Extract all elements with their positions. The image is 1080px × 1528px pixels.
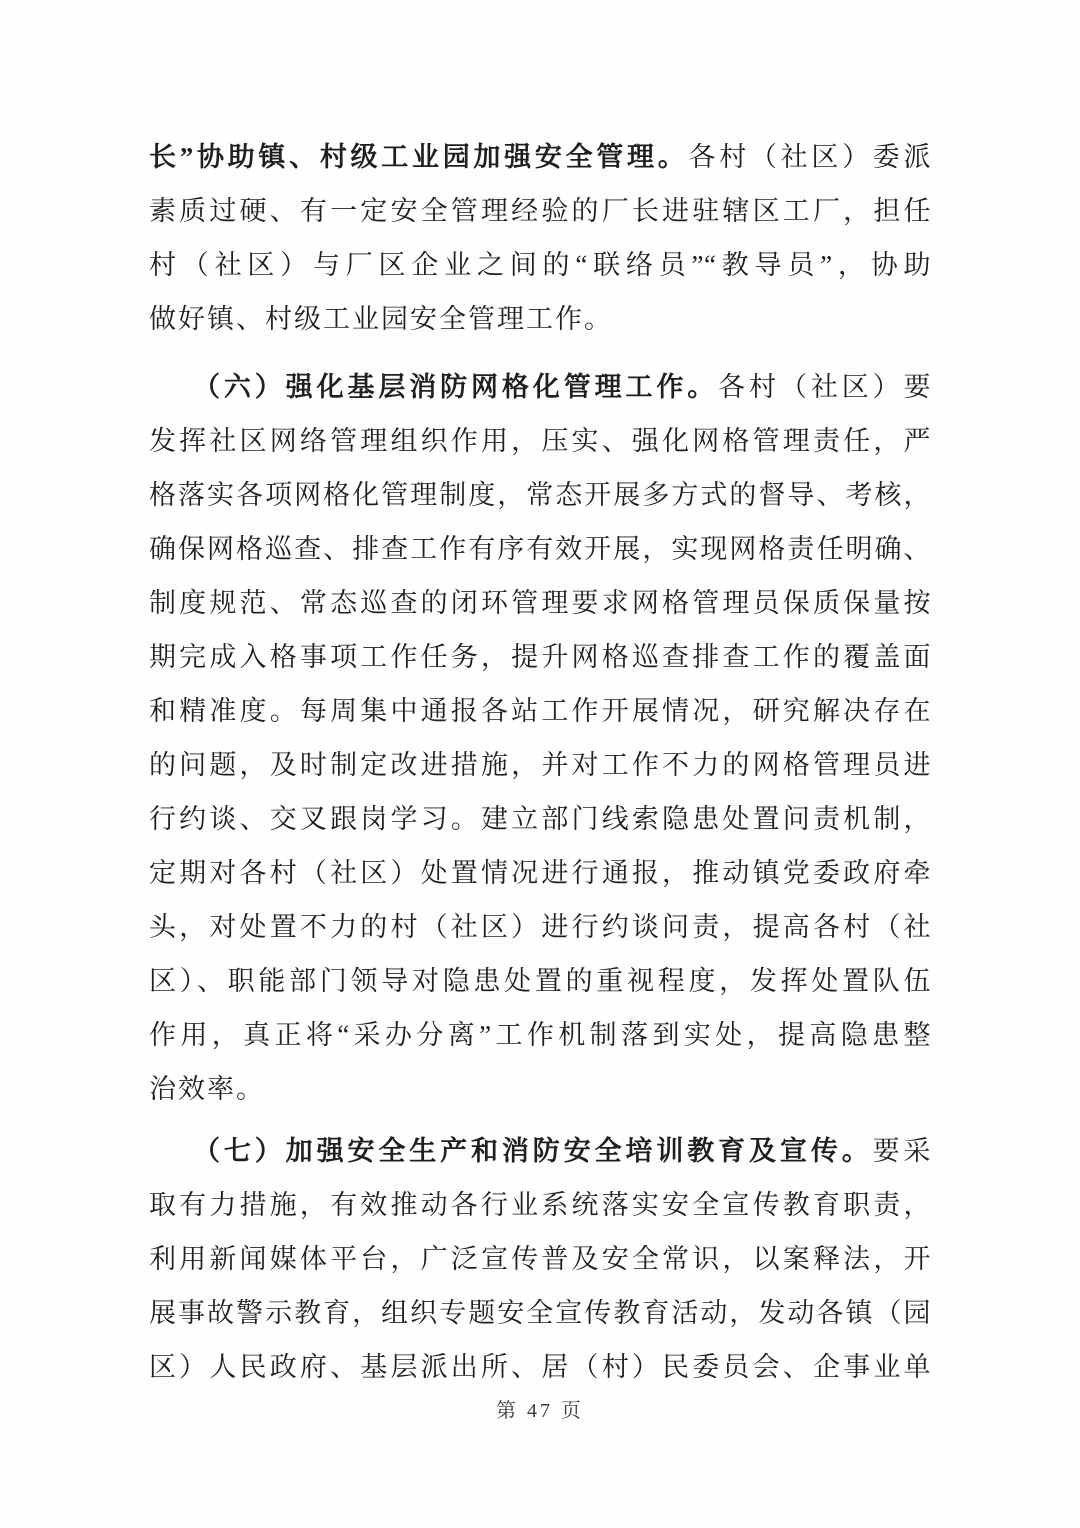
document-body: 长”协助镇、村级工业园加强安全管理。各村（社区）委派 素质过硬、有一定安全管理经… (149, 130, 931, 1394)
paragraph-section-7: （七）加强安全生产和消防安全培训教育及宣传。要采 取有力措施，有效推动各行业系统… (149, 1124, 931, 1394)
text-line: 展事故警示教育，组织专题安全宣传教育活动，发动各镇（园 (149, 1286, 931, 1340)
text-line: 做好镇、村级工业园安全管理工作。 (149, 292, 931, 346)
bold-heading-tail: 长”协助镇、村级工业园加强安全管理。 (149, 142, 688, 172)
text-line: 区）、职能部门领导对隐患处置的重视程度，发挥处置队伍 (149, 954, 931, 1008)
text-line: 村（社区）与厂区企业之间的“联络员”“教导员”，协助 (149, 238, 931, 292)
line-text: 要采 (873, 1136, 931, 1166)
text-line: 制度规范、常态巡查的闭环管理要求网格管理员保质保量按 (149, 576, 931, 630)
text-line: 取有力措施，有效推动各行业系统落实安全宣传教育职责， (149, 1178, 931, 1232)
text-line: 和精准度。每周集中通报各站工作开展情况，研究解决存在 (149, 684, 931, 738)
text-line: 长”协助镇、村级工业园加强安全管理。各村（社区）委派 (149, 130, 931, 184)
text-line: 定期对各村（社区）处置情况进行通报，推动镇党委政府牵 (149, 846, 931, 900)
text-line: （六）强化基层消防网格化管理工作。各村（社区）要 (149, 360, 931, 414)
text-line: 治效率。 (149, 1062, 931, 1116)
text-line: 期完成入格事项工作任务，提升网格巡查排查工作的覆盖面 (149, 630, 931, 684)
text-line: 的问题，及时制定改进措施，并对工作不力的网格管理员进 (149, 738, 931, 792)
line-text: 各村（社区）要 (718, 372, 931, 402)
text-line: 确保网格巡查、排查工作有序有效开展，实现网格责任明确、 (149, 522, 931, 576)
line-text: 各村（社区）委派 (688, 142, 931, 172)
text-line: 格落实各项网格化管理制度，常态开展多方式的督导、考核， (149, 468, 931, 522)
text-line: 区）人民政府、基层派出所、居（村）民委员会、企事业单 (149, 1340, 931, 1394)
section-6-heading: （六）强化基层消防网格化管理工作。 (193, 372, 718, 402)
paragraph-continuation: 长”协助镇、村级工业园加强安全管理。各村（社区）委派 素质过硬、有一定安全管理经… (149, 130, 931, 346)
text-line: 头，对处置不力的村（社区）进行约谈问责，提高各村（社 (149, 900, 931, 954)
text-line: 素质过硬、有一定安全管理经验的厂长进驻辖区工厂，担任 (149, 184, 931, 238)
page-number: 第 47 页 (0, 1396, 1080, 1426)
text-line: 作用，真正将“采办分离”工作机制落到实处，提高隐患整 (149, 1008, 931, 1062)
text-line: （七）加强安全生产和消防安全培训教育及宣传。要采 (149, 1124, 931, 1178)
text-line: 行约谈、交叉跟岗学习。建立部门线索隐患处置问责机制， (149, 792, 931, 846)
section-7-heading: （七）加强安全生产和消防安全培训教育及宣传。 (193, 1136, 873, 1166)
paragraph-section-6: （六）强化基层消防网格化管理工作。各村（社区）要 发挥社区网络管理组织作用，压实… (149, 360, 931, 1116)
text-line: 利用新闻媒体平台，广泛宣传普及安全常识，以案释法，开 (149, 1232, 931, 1286)
document-page: 长”协助镇、村级工业园加强安全管理。各村（社区）委派 素质过硬、有一定安全管理经… (0, 0, 1080, 1528)
text-line: 发挥社区网络管理组织作用，压实、强化网格管理责任，严 (149, 414, 931, 468)
